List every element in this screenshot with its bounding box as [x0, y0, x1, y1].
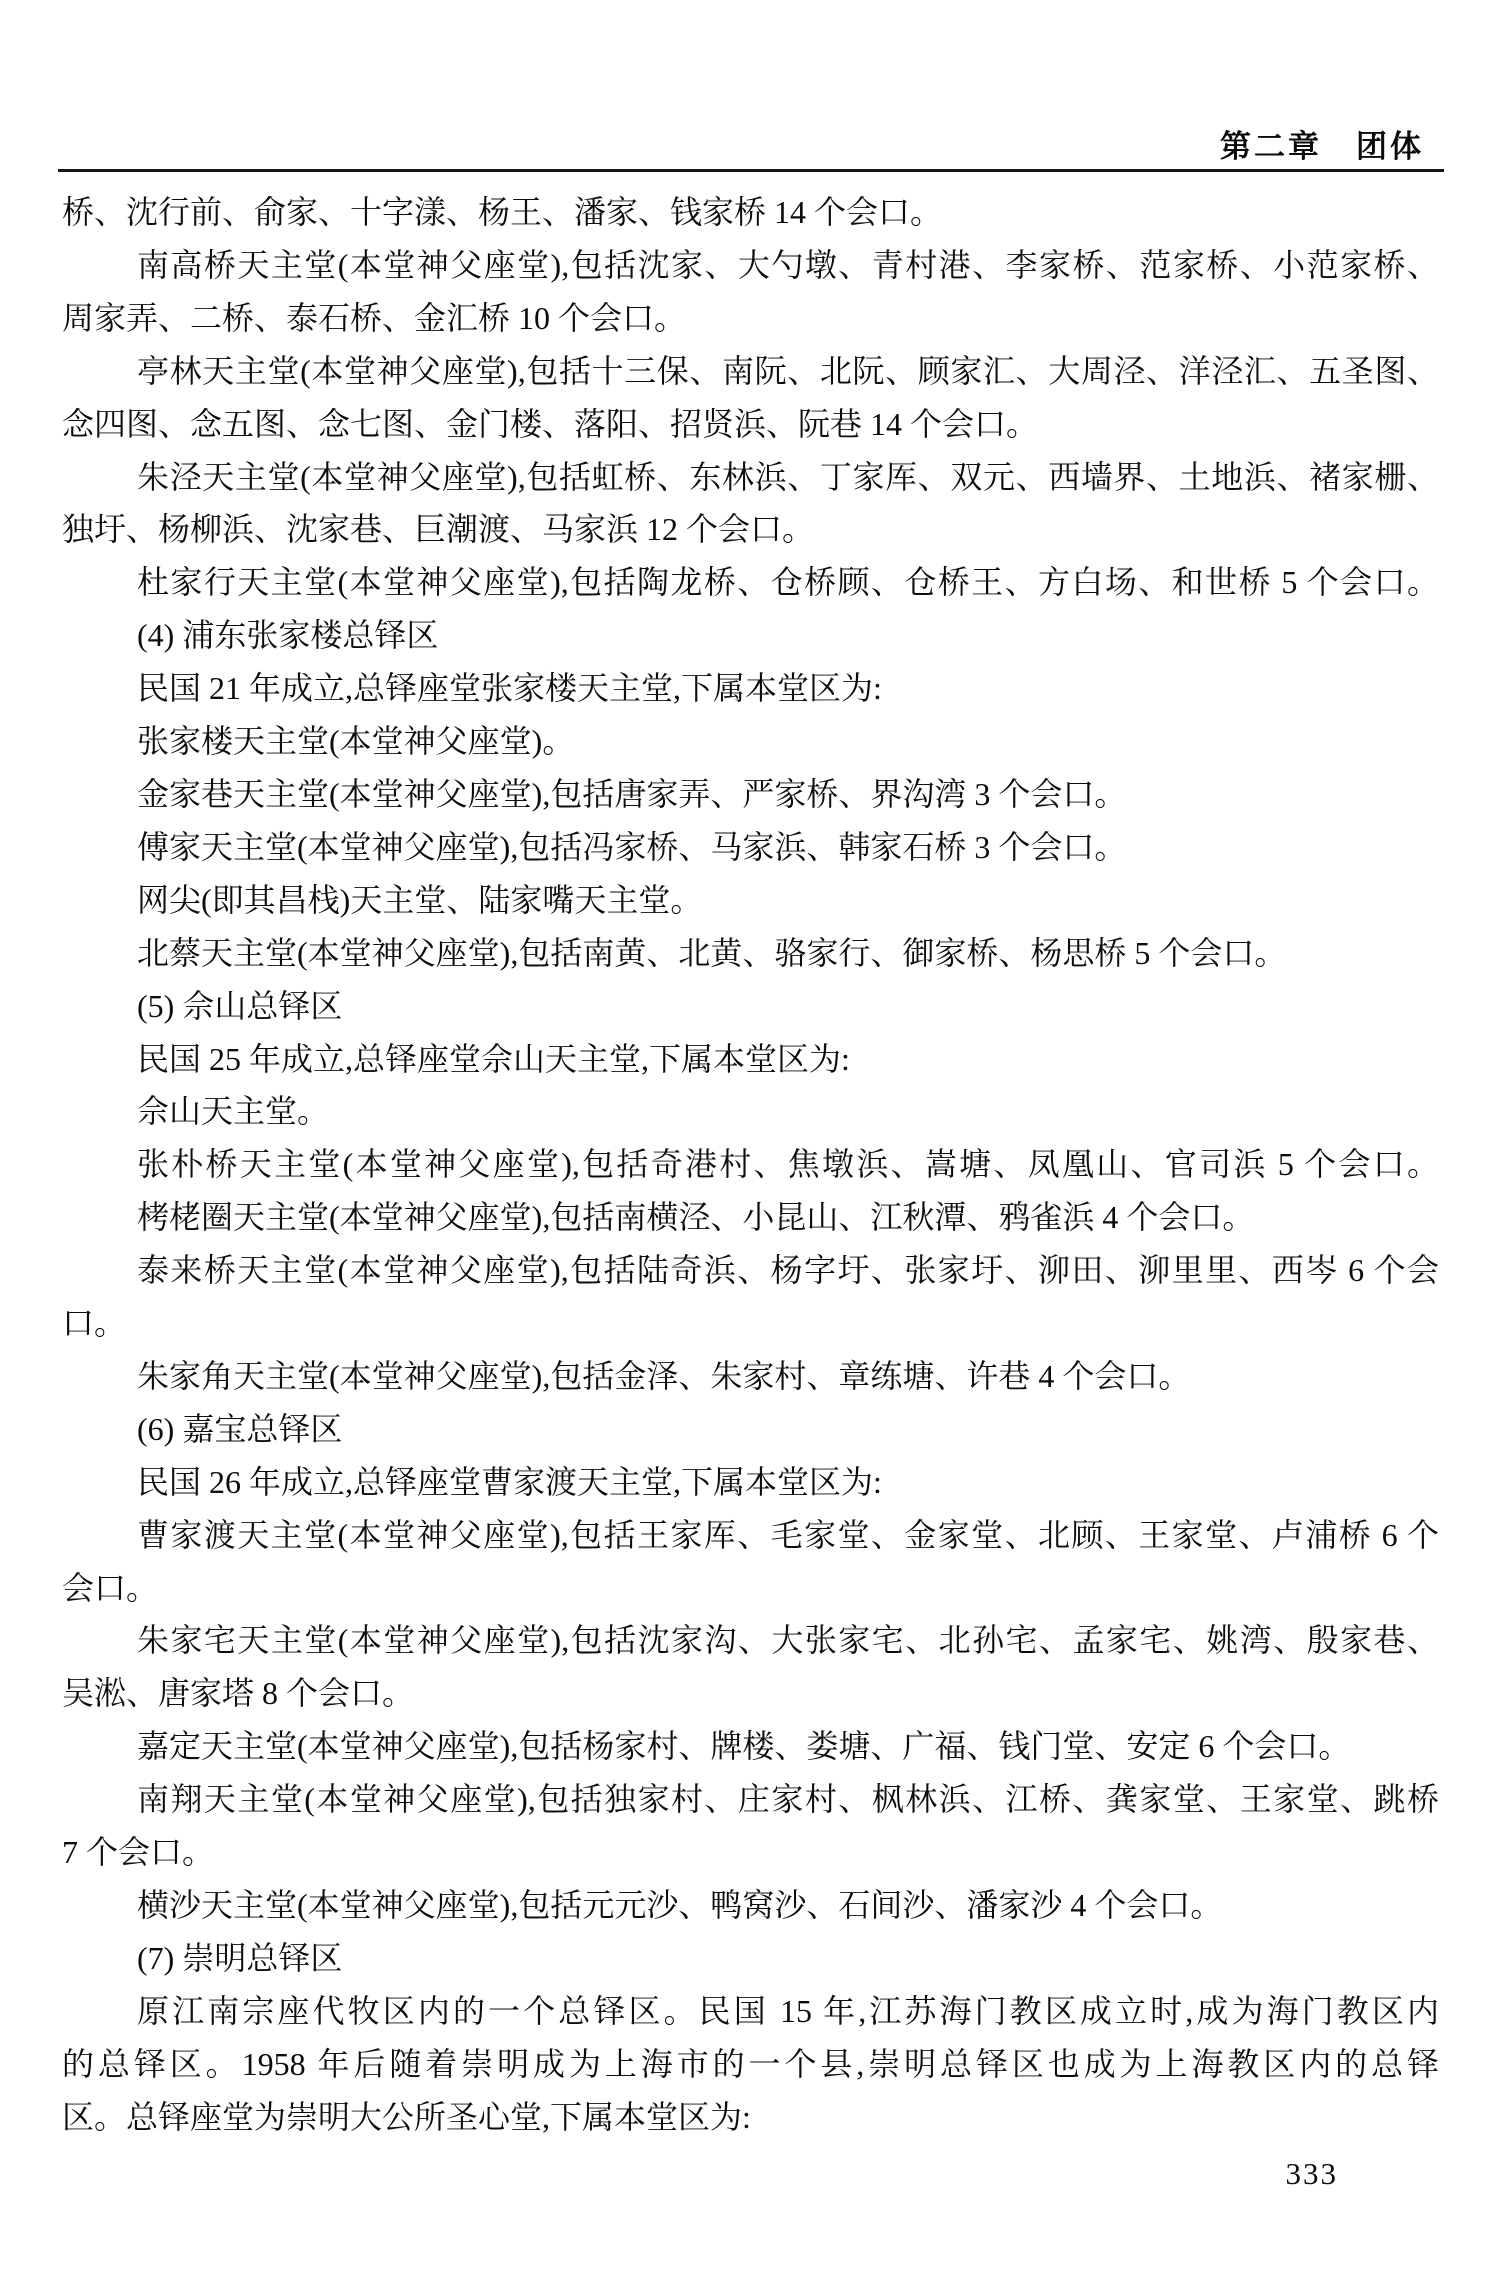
text-line: (4) 浦东张家楼总铎区: [62, 609, 1439, 662]
text-line: 泰来桥天主堂(本堂神父座堂),包括陆奇浜、杨字圩、张家圩、泖田、泖里里、西岑 6…: [62, 1244, 1439, 1297]
text-line: 网尖(即其昌栈)天主堂、陆家嘴天主堂。: [62, 874, 1439, 927]
text-line: 念四图、念五图、念七图、金门楼、落阳、招贤浜、阮巷 14 个会口。: [62, 398, 1439, 451]
text-line: 佘山天主堂。: [62, 1085, 1439, 1138]
text-line: 的总铎区。1958 年后随着崇明成为上海市的一个县,崇明总铎区也成为上海教区内的…: [62, 2038, 1439, 2091]
text-line: 区。总铎座堂为崇明大公所圣心堂,下属本堂区为:: [62, 2091, 1439, 2144]
text-line: 民国 21 年成立,总铎座堂张家楼天主堂,下属本堂区为:: [62, 662, 1439, 715]
text-line: 栲栳圈天主堂(本堂神父座堂),包括南横泾、小昆山、江秋潭、鸦雀浜 4 个会口。: [62, 1191, 1439, 1244]
text-line: 曹家渡天主堂(本堂神父座堂),包括王家厍、毛家堂、金家堂、北顾、王家堂、卢浦桥 …: [62, 1509, 1439, 1562]
text-line: 傅家天主堂(本堂神父座堂),包括冯家桥、马家浜、韩家石桥 3 个会口。: [62, 821, 1439, 874]
text-line: 朱家宅天主堂(本堂神父座堂),包括沈家沟、大张家宅、北孙宅、孟家宅、姚湾、殷家巷…: [62, 1614, 1439, 1667]
header-rule: [58, 169, 1444, 172]
text-line: 张家楼天主堂(本堂神父座堂)。: [62, 715, 1439, 768]
text-line: 南翔天主堂(本堂神父座堂),包括独家村、庄家村、枫林浜、江桥、龚家堂、王家堂、跳…: [62, 1773, 1439, 1826]
text-line: 民国 26 年成立,总铎座堂曹家渡天主堂,下属本堂区为:: [62, 1456, 1439, 1509]
text-line: 桥、沈行前、俞家、十字漾、杨王、潘家、钱家桥 14 个会口。: [62, 186, 1439, 239]
text-line: 吴淞、唐家塔 8 个会口。: [62, 1667, 1439, 1720]
text-line: 7 个会口。: [62, 1826, 1439, 1879]
text-line: 金家巷天主堂(本堂神父座堂),包括唐家弄、严家桥、界沟湾 3 个会口。: [62, 768, 1439, 821]
text-line: (7) 崇明总铎区: [62, 1932, 1439, 1985]
text-line: (6) 嘉宝总铎区: [62, 1403, 1439, 1456]
text-line: 亭林天主堂(本堂神父座堂),包括十三保、南阮、北阮、顾家汇、大周泾、洋泾汇、五圣…: [62, 345, 1439, 398]
page-body: 桥、沈行前、俞家、十字漾、杨王、潘家、钱家桥 14 个会口。南高桥天主堂(本堂神…: [62, 186, 1439, 2144]
text-line: 北蔡天主堂(本堂神父座堂),包括南黄、北黄、骆家行、御家桥、杨思桥 5 个会口。: [62, 927, 1439, 980]
text-line: (5) 佘山总铎区: [62, 980, 1439, 1033]
text-line: 口。: [62, 1297, 1439, 1350]
text-line: 朱家角天主堂(本堂神父座堂),包括金泽、朱家村、章练塘、许巷 4 个会口。: [62, 1350, 1439, 1403]
text-line: 朱泾天主堂(本堂神父座堂),包括虹桥、东林浜、丁家厍、双元、西墙界、土地浜、褚家…: [62, 451, 1439, 504]
text-line: 会口。: [62, 1562, 1439, 1615]
text-line: 南高桥天主堂(本堂神父座堂),包括沈家、大勺墩、青村港、李家桥、范家桥、小范家桥…: [62, 239, 1439, 292]
text-line: 独圩、杨柳浜、沈家巷、巨潮渡、马家浜 12 个会口。: [62, 503, 1439, 556]
text-line: 杜家行天主堂(本堂神父座堂),包括陶龙桥、仓桥顾、仓桥王、方白场、和世桥 5 个…: [62, 556, 1439, 609]
page-number: 333: [1286, 2156, 1339, 2192]
running-header: 第二章 团体: [60, 121, 1424, 166]
text-line: 横沙天主堂(本堂神父座堂),包括元元沙、鸭窝沙、石间沙、潘家沙 4 个会口。: [62, 1879, 1439, 1932]
text-line: 民国 25 年成立,总铎座堂佘山天主堂,下属本堂区为:: [62, 1033, 1439, 1086]
text-line: 原江南宗座代牧区内的一个总铎区。民国 15 年,江苏海门教区成立时,成为海门教区…: [62, 1985, 1439, 2038]
text-line: 周家弄、二桥、泰石桥、金汇桥 10 个会口。: [62, 292, 1439, 345]
text-line: 嘉定天主堂(本堂神父座堂),包括杨家村、牌楼、娄塘、广福、钱门堂、安定 6 个会…: [62, 1720, 1439, 1773]
text-line: 张朴桥天主堂(本堂神父座堂),包括奇港村、焦墩浜、嵩塘、凤凰山、官司浜 5 个会…: [62, 1138, 1439, 1191]
